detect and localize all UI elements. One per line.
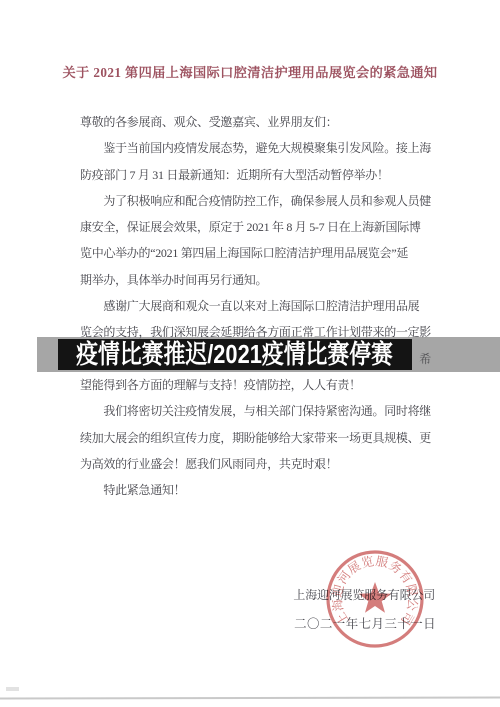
notice-title: 关于 2021 第四届上海国际口腔清洁护理用品展览会的紧急通知 <box>0 62 500 81</box>
scan-page-bottom-edge <box>0 696 500 699</box>
body-line: 特此紧急通知！ <box>80 477 436 503</box>
body-line: 我们将密切关注疫情发展，与相关部门保持紧密沟通。同时将继 <box>80 398 436 424</box>
notice-body: 尊敬的各参展商、观众、受邀嘉宾、业界朋友们： 鉴于当前国内疫情发展态势，避免大规… <box>80 109 436 503</box>
overlay-banner-text: 疫情比赛推迟/2021疫情比赛停赛 <box>77 339 394 370</box>
body-line: 康安全，保证展会效果，原定于 2021 年 8 月 5-7 日在上海新国际博 <box>80 214 436 240</box>
body-line: 望能得到各方面的理解与支持！疫情防控，人人有责！ <box>80 372 436 398</box>
body-line: 览中心举办的“2021 第四届上海国际口腔清洁护理用品展览会”延 <box>80 240 436 266</box>
overlay-banner: 疫情比赛推迟/2021疫情比赛停赛 <box>58 339 412 370</box>
company-seal-stamp: 上海迎河展览服务有限公司 <box>315 539 435 659</box>
body-line: 防疫部门 7 月 31 日最新通知：近期所有大型活动暂停举办！ <box>80 162 436 188</box>
body-line: 为高效的行业盛会！愿我们风雨同舟，共克时艰！ <box>80 451 436 477</box>
body-line: 期举办，具体举办时间再另行通知。 <box>80 267 436 293</box>
star-icon <box>359 582 391 613</box>
scan-corner-artifact <box>6 687 19 691</box>
greeting-line: 尊敬的各参展商、观众、受邀嘉宾、业界朋友们： <box>80 109 436 135</box>
body-line: 感谢广大展商和观众一直以来对上海国际口腔清洁护理用品展 <box>80 293 436 319</box>
body-line: 鉴于当前国内疫情发展态势，避免大规模聚集引发风险。接上海 <box>80 135 436 161</box>
body-line: 续加大展会的组织宣传力度，期盼能够给大家带来一场更具规模、更 <box>80 425 436 451</box>
scanned-notice-page: 关于 2021 第四届上海国际口腔清洁护理用品展览会的紧急通知 尊敬的各参展商、… <box>0 0 500 707</box>
body-line: 为了积极响应和配合疫情防控工作，确保参展人员和参观人员健 <box>80 188 436 214</box>
